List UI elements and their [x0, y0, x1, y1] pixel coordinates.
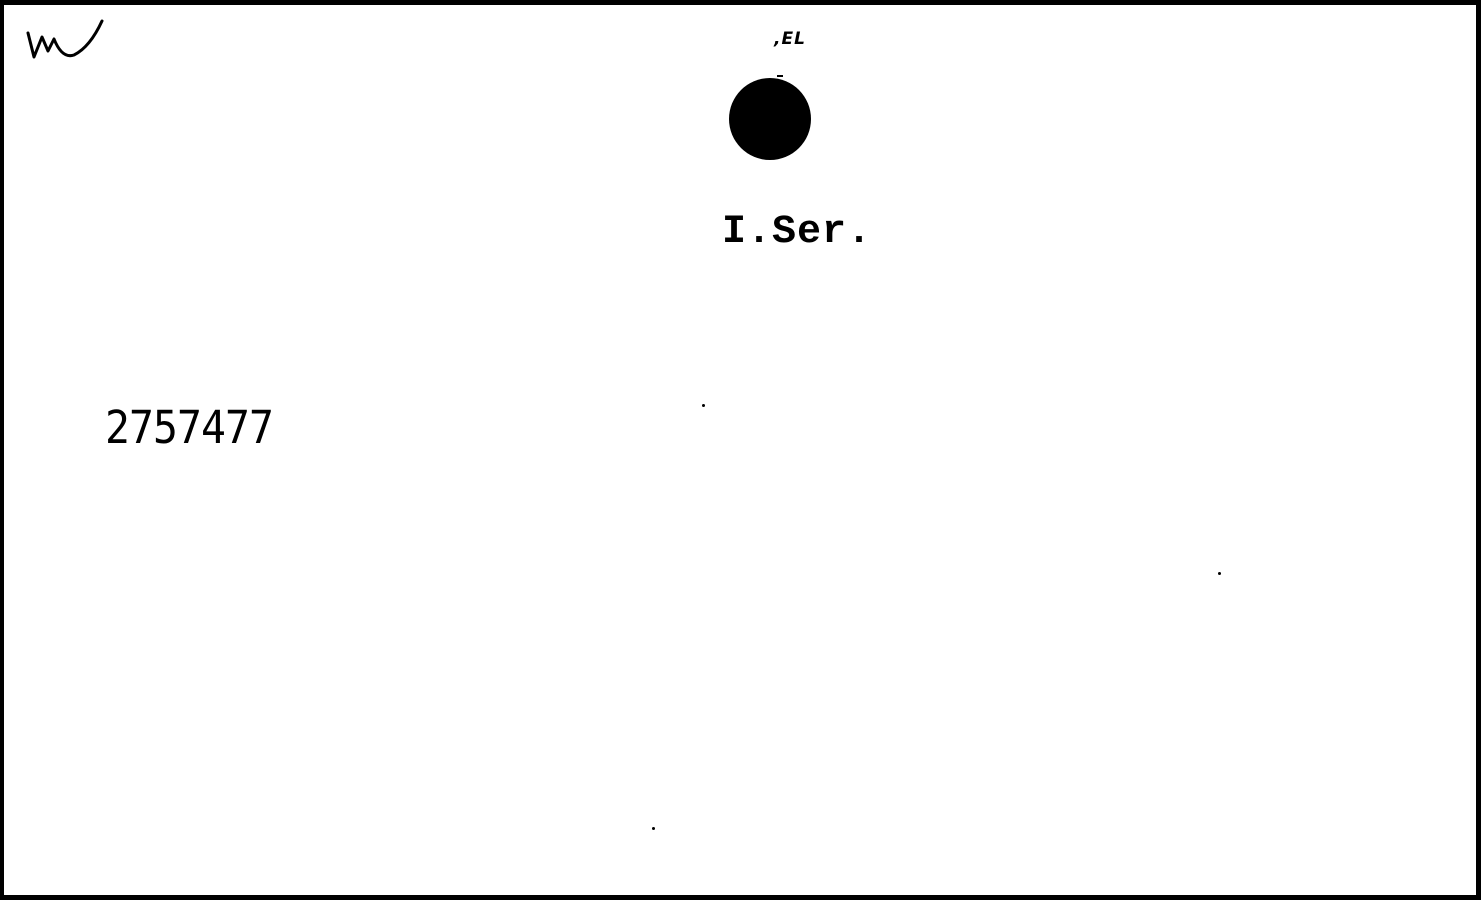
punch-hole-tick: [777, 75, 783, 77]
handwritten-initials-mark: W: [24, 17, 104, 65]
index-card: W ,EL I.Ser. 2757477: [4, 5, 1476, 895]
handwritten-code: ,EL: [774, 29, 806, 49]
scan-speck: [702, 404, 705, 407]
punch-hole: [729, 78, 811, 160]
scan-speck: [652, 827, 655, 830]
series-label: I.Ser.: [722, 210, 872, 255]
scan-speck: [1218, 572, 1221, 575]
serial-number: 2757477: [105, 401, 273, 454]
